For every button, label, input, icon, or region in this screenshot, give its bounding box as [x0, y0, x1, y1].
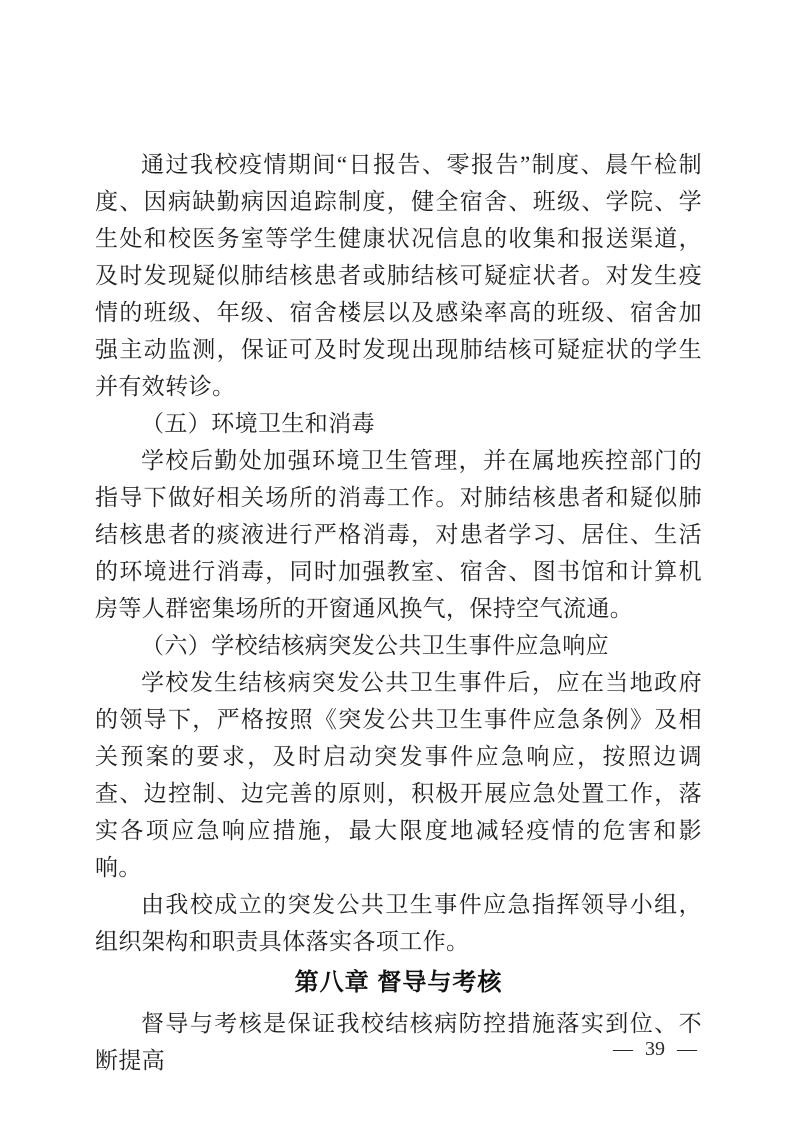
paragraph-reporting-system: 通过我校疫情期间“日报告、零报告”制度、晨午检制度、因病缺勤病因追踪制度，健全宿…	[95, 146, 702, 405]
paragraph-leading-group: 由我校成立的突发公共卫生事件应急指挥领导小组，组织架构和职责具体落实各项工作。	[95, 886, 702, 960]
footer-dash-left: —	[613, 1036, 633, 1062]
paragraph-disinfection: 学校后勤处加强环境卫生管理，并在属地疾控部门的指导下做好相关场所的消毒工作。对肺…	[95, 442, 702, 627]
page-footer: —39—	[613, 1036, 697, 1062]
paragraph-supervision-intro: 督导与考核是保证我校结核病防控措施落实到位、不断提高	[95, 1005, 702, 1079]
chapter-heading-supervision: 第八章 督导与考核	[95, 964, 702, 1001]
section-heading-5-environment: （五）环境卫生和消毒	[95, 405, 702, 442]
footer-dash-right: —	[677, 1036, 697, 1062]
paragraph-emergency-response: 学校发生结核病突发公共卫生事件后，应在当地政府的领导下，严格按照《突发公共卫生事…	[95, 664, 702, 886]
document-page: 通过我校疫情期间“日报告、零报告”制度、晨午检制度、因病缺勤病因追踪制度，健全宿…	[0, 0, 793, 1122]
section-heading-6-emergency-response: （六）学校结核病突发公共卫生事件应急响应	[95, 627, 702, 664]
footer-page-number: 39	[645, 1036, 665, 1062]
document-body: 通过我校疫情期间“日报告、零报告”制度、晨午检制度、因病缺勤病因追踪制度，健全宿…	[95, 146, 702, 1079]
